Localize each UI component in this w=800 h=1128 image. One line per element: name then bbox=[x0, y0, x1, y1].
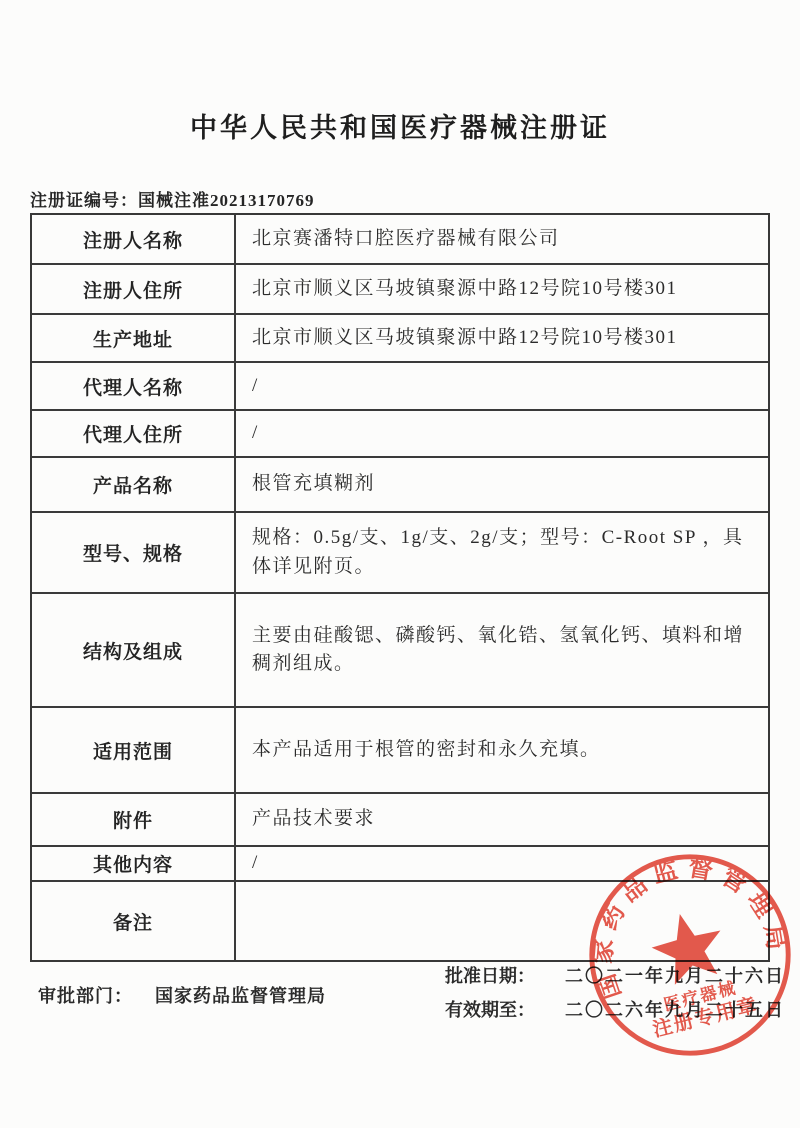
row-label: 适用范围 bbox=[32, 708, 236, 792]
valid-until-label: 有效期至： bbox=[445, 996, 535, 1022]
row-label: 代理人住所 bbox=[32, 411, 236, 456]
row-value: 北京市顺义区马坡镇聚源中路12号院10号楼301 bbox=[236, 315, 768, 361]
table-row: 代理人名称 / bbox=[32, 363, 768, 411]
approval-date-value: 二〇二一年九月二十六日 bbox=[565, 962, 785, 988]
row-value bbox=[236, 882, 768, 960]
row-value: 规格：0.5g/支、1g/支、2g/支；型号：C-Root SP ，具体详见附页… bbox=[236, 513, 768, 592]
row-value: 北京赛潘特口腔医疗器械有限公司 bbox=[236, 215, 768, 263]
row-label: 型号、规格 bbox=[32, 513, 236, 592]
cert-number-label: 注册证编号： bbox=[30, 191, 138, 210]
table-row: 注册人住所 北京市顺义区马坡镇聚源中路12号院10号楼301 bbox=[32, 265, 768, 315]
row-label: 结构及组成 bbox=[32, 594, 236, 706]
table-row: 生产地址 北京市顺义区马坡镇聚源中路12号院10号楼301 bbox=[32, 315, 768, 363]
table-row: 代理人住所 / bbox=[32, 411, 768, 458]
row-value: 根管充填糊剂 bbox=[236, 458, 768, 511]
approval-dept-value: 国家药品监督管理局 bbox=[155, 982, 326, 1008]
table-row: 其他内容 / bbox=[32, 847, 768, 882]
row-label: 附件 bbox=[32, 794, 236, 845]
row-value: / bbox=[236, 363, 768, 409]
row-value: 北京市顺义区马坡镇聚源中路12号院10号楼301 bbox=[236, 265, 768, 313]
valid-until-line: 有效期至： 二〇二六年九月二十五日 bbox=[445, 996, 785, 1022]
approval-dept-label: 审批部门： bbox=[38, 982, 133, 1008]
row-label: 产品名称 bbox=[32, 458, 236, 511]
table-row: 适用范围 本产品适用于根管的密封和永久充填。 bbox=[32, 708, 768, 794]
cert-number-line: 注册证编号：国械注准20213170769 bbox=[30, 186, 315, 211]
row-label: 生产地址 bbox=[32, 315, 236, 361]
row-value: 主要由硅酸锶、磷酸钙、氧化锆、氢氧化钙、填料和增稠剂组成。 bbox=[236, 594, 768, 706]
approval-date-label: 批准日期： bbox=[445, 962, 535, 988]
table-row: 结构及组成 主要由硅酸锶、磷酸钙、氧化锆、氢氧化钙、填料和增稠剂组成。 bbox=[32, 594, 768, 708]
table-row: 产品名称 根管充填糊剂 bbox=[32, 458, 768, 513]
row-label: 注册人名称 bbox=[32, 215, 236, 263]
valid-until-value: 二〇二六年九月二十五日 bbox=[565, 996, 785, 1022]
row-value: / bbox=[236, 847, 768, 880]
table-row: 注册人名称 北京赛潘特口腔医疗器械有限公司 bbox=[32, 215, 768, 265]
table-row: 型号、规格 规格：0.5g/支、1g/支、2g/支；型号：C-Root SP ，… bbox=[32, 513, 768, 594]
certificate-title: 中华人民共和国医疗器械注册证 bbox=[0, 106, 800, 145]
row-label: 注册人住所 bbox=[32, 265, 236, 313]
approval-dept-line: 审批部门： 国家药品监督管理局 bbox=[38, 982, 326, 1008]
registration-table: 注册人名称 北京赛潘特口腔医疗器械有限公司 注册人住所 北京市顺义区马坡镇聚源中… bbox=[30, 213, 770, 962]
row-value: / bbox=[236, 411, 768, 456]
cert-number-value: 国械注准20213170769 bbox=[138, 191, 315, 210]
row-label: 其他内容 bbox=[32, 847, 236, 880]
row-value: 产品技术要求 bbox=[236, 794, 768, 845]
table-row: 备注 bbox=[32, 882, 768, 960]
certificate-page: 中华人民共和国医疗器械注册证 注册证编号：国械注准20213170769 注册人… bbox=[0, 0, 800, 1128]
row-value: 本产品适用于根管的密封和永久充填。 bbox=[236, 708, 768, 792]
row-label: 备注 bbox=[32, 882, 236, 960]
table-row: 附件 产品技术要求 bbox=[32, 794, 768, 847]
approval-date-line: 批准日期： 二〇二一年九月二十六日 bbox=[445, 962, 785, 988]
row-label: 代理人名称 bbox=[32, 363, 236, 409]
